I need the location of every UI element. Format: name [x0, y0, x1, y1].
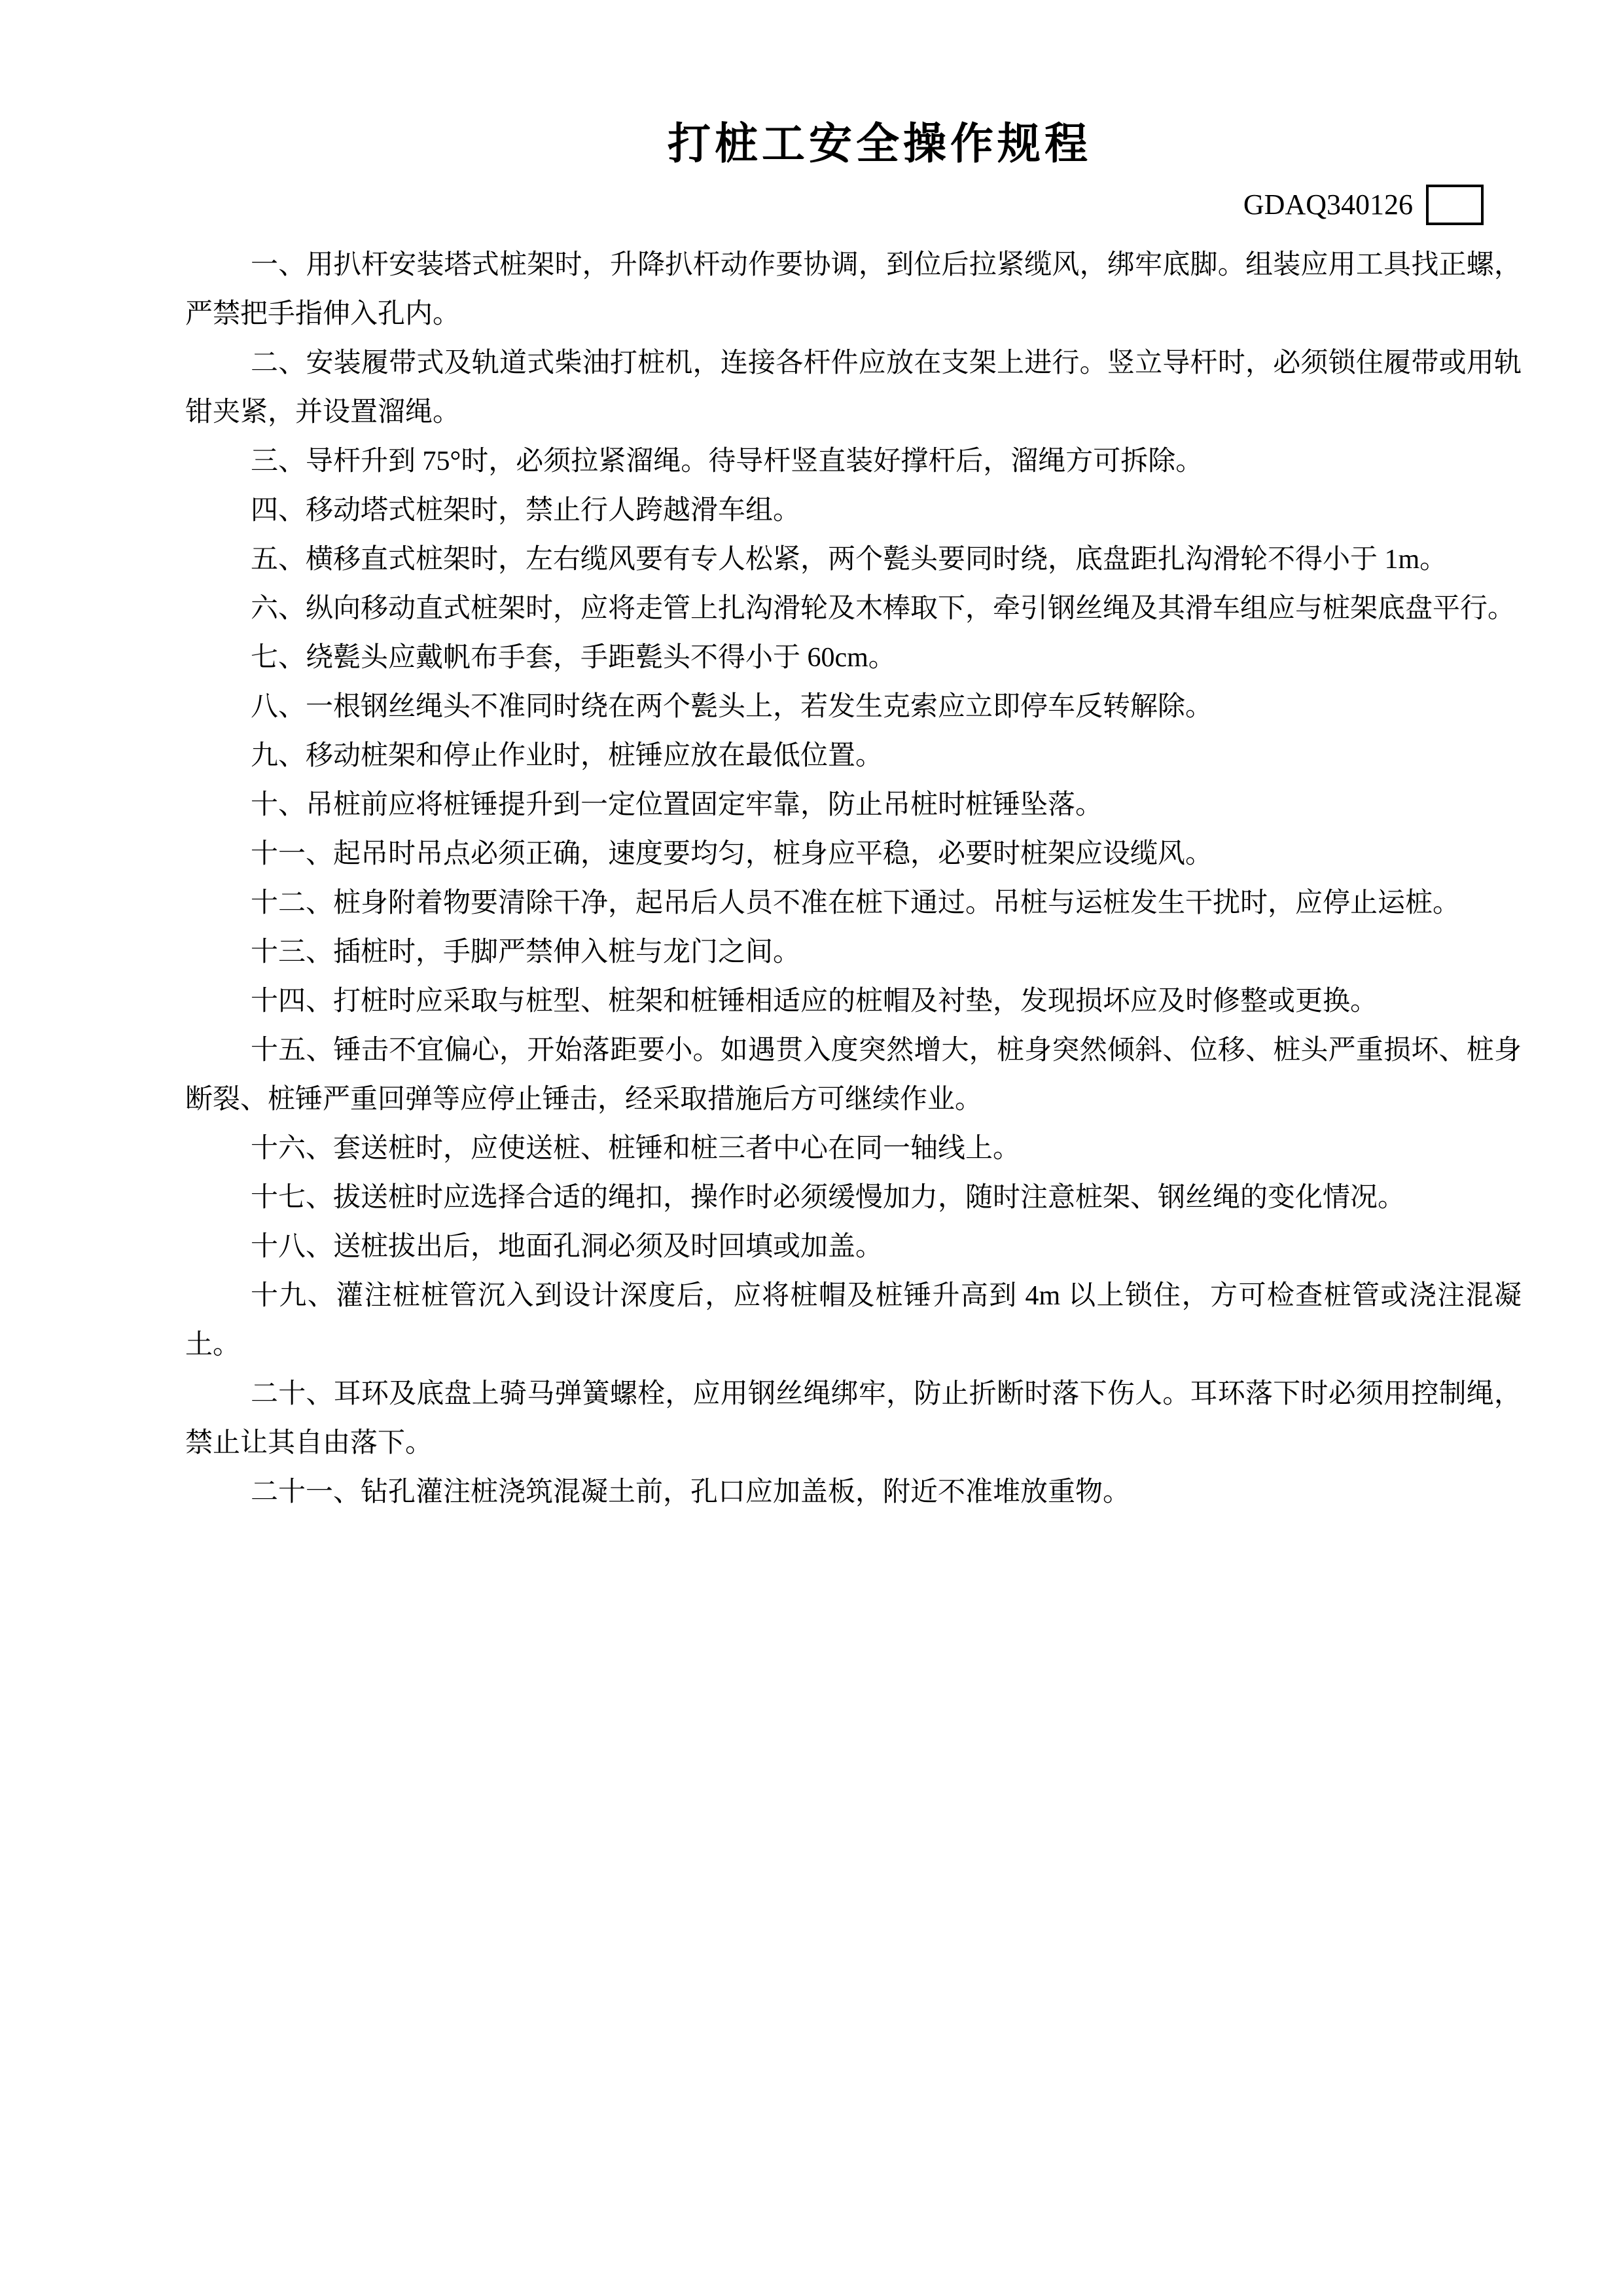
document-content: 打桩工安全操作规程 GDAQ340126 一、用扒杆安装塔式桩架时，升降扒杆动作…	[0, 0, 1623, 1517]
regulation-item: 四、移动塔式桩架时，禁止行人跨越滑车组。	[185, 486, 1522, 535]
regulation-item: 十三、插桩时，手脚严禁伸入桩与龙门之间。	[185, 928, 1522, 977]
page-title: 打桩工安全操作规程	[211, 119, 1548, 168]
regulation-item: 三、导杆升到 75°时，必须拉紧溜绳。待导杆竖直装好撑杆后，溜绳方可拆除。	[185, 437, 1522, 486]
regulation-list: 一、用扒杆安装塔式桩架时，升降扒杆动作要协调，到位后拉紧缆风，绑牢底脚。组装应用…	[185, 241, 1522, 1517]
regulation-item: 九、移动桩架和停止作业时，桩锤应放在最低位置。	[185, 732, 1522, 781]
regulation-item: 十九、灌注桩桩管沉入到设计深度后，应将桩帽及桩锤升高到 4m 以上锁住，方可检查…	[185, 1272, 1522, 1370]
regulation-item: 十八、送桩拔出后，地面孔洞必须及时回填或加盖。	[185, 1223, 1522, 1272]
regulation-item: 一、用扒杆安装塔式桩架时，升降扒杆动作要协调，到位后拉紧缆风，绑牢底脚。组装应用…	[185, 241, 1522, 339]
regulation-item: 六、纵向移动直式桩架时，应将走管上扎沟滑轮及木棒取下，牵引钢丝绳及其滑车组应与桩…	[185, 584, 1522, 634]
document-page: 打桩工安全操作规程 GDAQ340126 一、用扒杆安装塔式桩架时，升降扒杆动作…	[0, 0, 1623, 2296]
regulation-item: 十五、锤击不宜偏心，开始落距要小。如遇贯入度突然增大，桩身突然倾斜、位移、桩头严…	[185, 1026, 1522, 1124]
doc-code-row: GDAQ340126	[185, 182, 1522, 228]
regulation-item: 七、绕甏头应戴帆布手套，手距甏头不得小于 60cm。	[185, 634, 1522, 683]
stamp-box	[1426, 185, 1484, 225]
regulation-item: 二、安装履带式及轨道式柴油打桩机，连接各杆件应放在支架上进行。竖立导杆时，必须锁…	[185, 339, 1522, 437]
regulation-item: 十四、打桩时应采取与桩型、桩架和桩锤相适应的桩帽及衬垫，发现损坏应及时修整或更换…	[185, 977, 1522, 1026]
regulation-item: 十二、桩身附着物要清除干净，起吊后人员不准在桩下通过。吊桩与运桩发生干扰时，应停…	[185, 879, 1522, 928]
regulation-item: 十、吊桩前应将桩锤提升到一定位置固定牢靠，防止吊桩时桩锤坠落。	[185, 781, 1522, 830]
regulation-item: 五、横移直式桩架时，左右缆风要有专人松紧，两个甏头要同时绕，底盘距扎沟滑轮不得小…	[185, 535, 1522, 584]
regulation-item: 十六、套送桩时，应使送桩、桩锤和桩三者中心在同一轴线上。	[185, 1124, 1522, 1174]
regulation-item: 十一、起吊时吊点必须正确，速度要均匀，桩身应平稳，必要时桩架应设缆风。	[185, 830, 1522, 879]
regulation-item: 八、一根钢丝绳头不准同时绕在两个甏头上，若发生克索应立即停车反转解除。	[185, 683, 1522, 732]
regulation-item: 二十、耳环及底盘上骑马弹簧螺栓，应用钢丝绳绑牢，防止折断时落下伤人。耳环落下时必…	[185, 1370, 1522, 1468]
regulation-item: 十七、拔送桩时应选择合适的绳扣，操作时必须缓慢加力，随时注意桩架、钢丝绳的变化情…	[185, 1174, 1522, 1223]
doc-code: GDAQ340126	[1243, 190, 1413, 219]
regulation-item: 二十一、钻孔灌注桩浇筑混凝土前，孔口应加盖板，附近不准堆放重物。	[185, 1468, 1522, 1517]
